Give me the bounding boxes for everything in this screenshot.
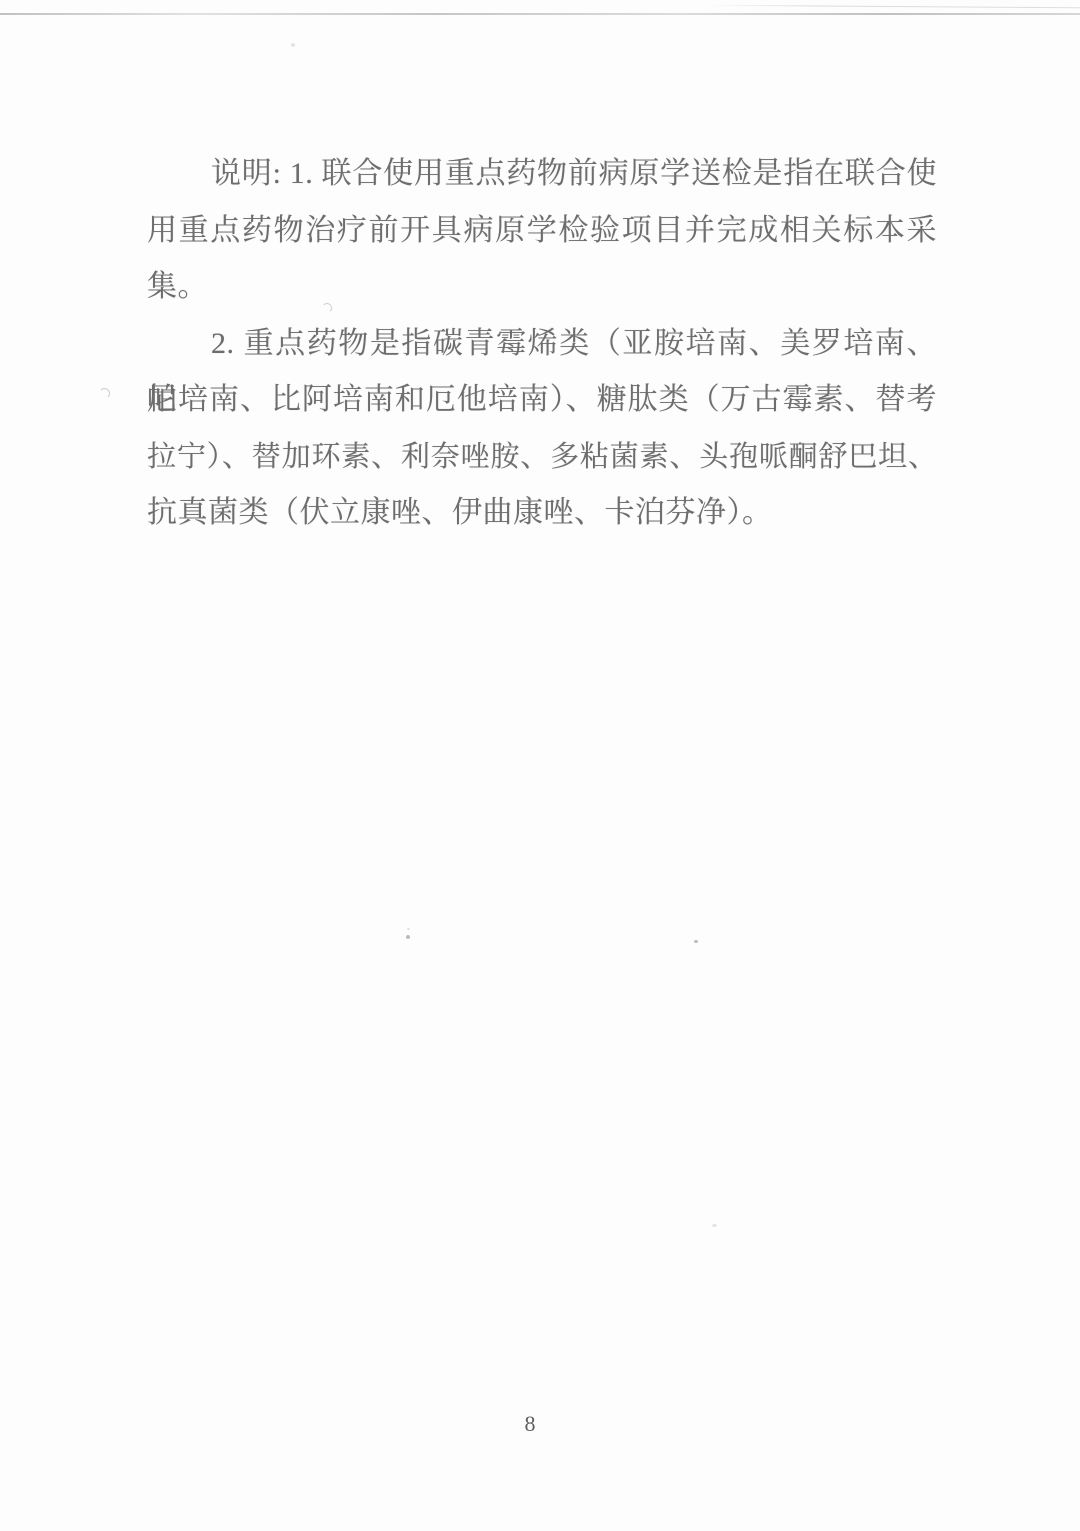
page-number: 8 bbox=[0, 1411, 1060, 1437]
text-line: 2. 重点药物是指碳青霉烯类（亚胺培南、美罗培南、帕 bbox=[147, 316, 937, 373]
text-line: 尼培南、比阿培南和厄他培南）、糖肽类（万古霉素、替考 bbox=[147, 372, 937, 429]
scan-speck bbox=[406, 935, 410, 939]
scan-speck bbox=[322, 303, 332, 313]
scan-speck bbox=[712, 1224, 717, 1227]
scan-speck bbox=[694, 940, 698, 943]
text-line: 集。 bbox=[147, 259, 937, 316]
scan-speck bbox=[99, 388, 110, 399]
text-line: 说明: 1. 联合使用重点药物前病原学送检是指在联合使 bbox=[147, 146, 937, 203]
scan-speck bbox=[407, 928, 410, 930]
text-line: 用重点药物治疗前开具病原学检验项目并完成相关标本采 bbox=[147, 203, 937, 260]
scan-speck bbox=[291, 43, 295, 47]
scanned-document-page: 说明: 1. 联合使用重点药物前病原学送检是指在联合使 用重点药物治疗前开具病原… bbox=[0, 0, 1080, 1531]
text-line: 抗真菌类（伏立康唑、伊曲康唑、卡泊芬净）。 bbox=[147, 485, 937, 542]
body-text: 说明: 1. 联合使用重点药物前病原学送检是指在联合使 用重点药物治疗前开具病原… bbox=[147, 146, 937, 542]
scan-artifact-top-line bbox=[0, 13, 1080, 15]
text-line: 拉宁）、替加环素、利奈唑胺、多粘菌素、头孢哌酮舒巴坦、 bbox=[147, 429, 937, 486]
scan-artifact-top-line-2 bbox=[705, 5, 1080, 9]
